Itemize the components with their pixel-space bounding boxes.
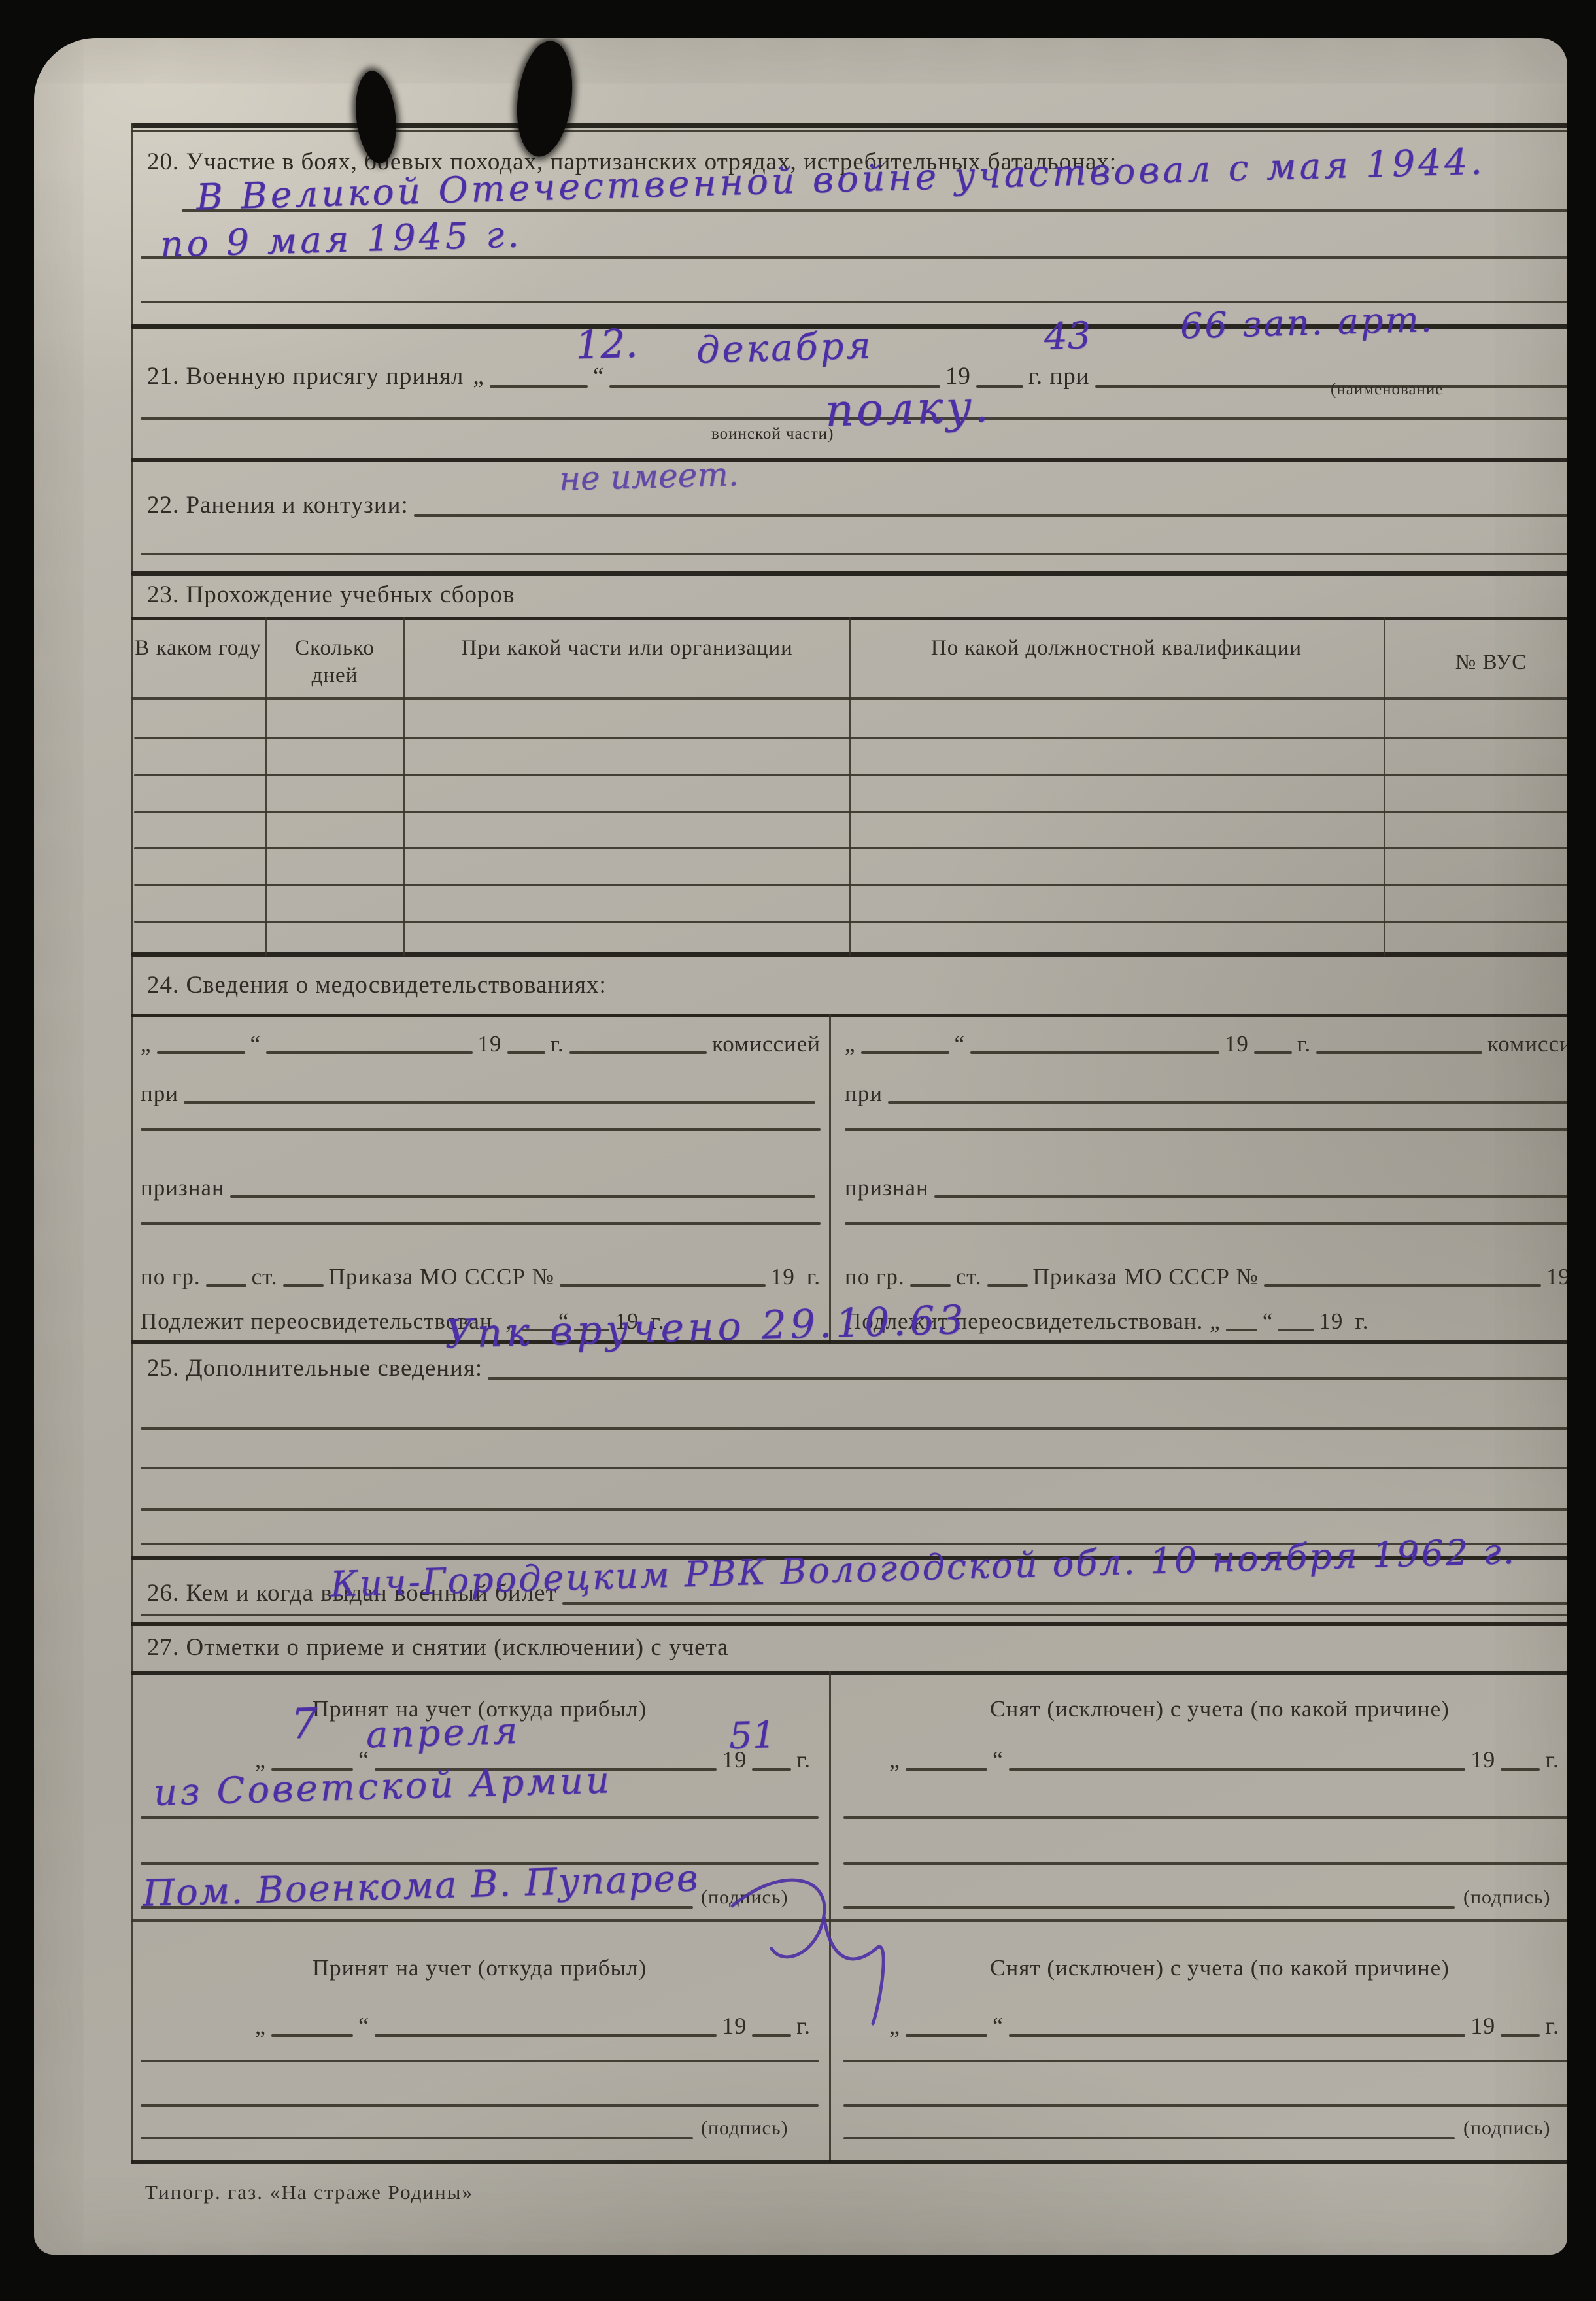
pri-label: при [845, 1081, 883, 1110]
med-pri-line: при [141, 1081, 821, 1110]
close-quote: “ [955, 1031, 966, 1061]
blank-line [206, 1284, 246, 1287]
year-prefix: 19 [1470, 1746, 1495, 1777]
close-quote: “ [250, 1031, 262, 1061]
table-col-divider [265, 617, 267, 956]
blank-line [141, 1128, 821, 1131]
ruled-line [141, 1614, 1567, 1616]
ruled-line [141, 553, 1567, 555]
med-blank-line [141, 1222, 821, 1231]
med-order-line: по гр. ст. Приказа МО СССР № 19 г. [141, 1264, 821, 1293]
blank-line [283, 1284, 324, 1287]
section25-label: 25. Дополнительные сведения: [147, 1354, 483, 1386]
section21-hw-unit: 66 зап. арт. [1180, 299, 1434, 347]
blank-line [141, 1222, 821, 1225]
printing-house-imprint: Типогр. газ. «На страже Родины» [145, 2181, 473, 2204]
blank-line [934, 1195, 1567, 1198]
po-gr-label: по гр. [845, 1264, 905, 1293]
med-date-line: „ “ 19 г. комиссией [141, 1031, 821, 1061]
year-suffix: г. [1545, 1746, 1559, 1777]
accepted-hw-year: 51 [728, 1714, 776, 1758]
blank-line [888, 1101, 1567, 1104]
open-quote: „ [141, 1031, 152, 1061]
med-blank-line [845, 1222, 1567, 1231]
section21-hw-unit-2: полку. [824, 381, 992, 437]
section24-column-divider [829, 1014, 831, 1344]
removed-date-line: „ “ 19 г. [889, 1745, 1559, 1777]
blank-line [1226, 1329, 1257, 1331]
blank-line [271, 2034, 353, 2037]
table-row-line [134, 884, 1567, 886]
year-suffix: г. [551, 1031, 564, 1061]
year-suffix: г. [1545, 2012, 1559, 2043]
blank-line [1501, 2034, 1540, 2037]
year-suffix: г. [1297, 1031, 1311, 1061]
med-date-line: „ “ 19 г. комиссией [845, 1031, 1567, 1061]
ruled-line [141, 1467, 1567, 1469]
blank-line [752, 1768, 791, 1771]
section21-label: 21. Военную присягу принял [147, 362, 464, 394]
section27-label: 27. Отметки о приеме и снятии (исключени… [147, 1633, 729, 1662]
blank-line [970, 1051, 1219, 1054]
signature-line [843, 1906, 1455, 1909]
table-row-line [134, 811, 1567, 813]
blank-line [1316, 1051, 1482, 1054]
section-divider [131, 1671, 1567, 1675]
blank-line [562, 1602, 1567, 1605]
open-quote: „ [473, 362, 484, 394]
open-quote: „ [1210, 1308, 1221, 1338]
close-quote: “ [993, 2012, 1004, 2043]
blank-line [1254, 1051, 1292, 1054]
year-suffix: г. [1355, 1308, 1368, 1338]
med-pri-line: при [845, 1081, 1567, 1110]
signature-caption: (подпись) [1463, 2117, 1551, 2139]
ruled-line [843, 2104, 1567, 2107]
blank-line [845, 1128, 1567, 1131]
accepted-hw-month: апреля [365, 1710, 520, 1757]
form-bottom-border [131, 2160, 1567, 2164]
punch-hole [511, 38, 578, 160]
scanned-military-id-page: 20. Участие в боях, боевых походах, парт… [0, 0, 1596, 2301]
year-prefix: 19 [1470, 2012, 1495, 2043]
blank-line [266, 1051, 472, 1054]
table-row-line [134, 847, 1567, 849]
blank-line [507, 1051, 545, 1054]
blank-line [560, 1284, 766, 1287]
year-prefix: 19 [771, 1264, 795, 1293]
blank-line [1009, 1768, 1465, 1771]
accepted-hw-origin: из Советской Армии [153, 1759, 613, 1815]
commission-label: комиссией [712, 1031, 821, 1061]
open-quote: „ [255, 2012, 266, 2043]
section21-hw-day: 12. [575, 321, 638, 369]
section24-label: 24. Сведения о медосвидетельствованиях: [147, 971, 607, 999]
form-left-border [131, 123, 133, 2164]
year-suffix: г. [807, 1264, 821, 1293]
med-priznan-line: признан [845, 1175, 1567, 1204]
form-top-border-inner [131, 130, 1567, 132]
commission-label: комиссией [1487, 1031, 1567, 1061]
signature-flourish [726, 1870, 935, 2040]
removed-date-line: „ “ 19 г. [889, 2011, 1559, 2043]
year-prefix: 19 [1319, 1308, 1343, 1338]
table-col-header-qualification: По какой должностной квалификации [853, 634, 1380, 662]
section-divider [131, 1622, 1567, 1626]
blank-line [861, 1051, 949, 1054]
table-row-line [134, 921, 1567, 923]
close-quote: “ [993, 1746, 1004, 1777]
prikaz-label: Приказа МО СССР № [1033, 1264, 1259, 1293]
section25-line: 25. Дополнительные сведения: [147, 1352, 1567, 1386]
blank-line [375, 2034, 717, 2037]
blank-line [490, 385, 588, 388]
ruled-line [843, 1816, 1567, 1819]
table-col-header-days: Сколько дней [269, 634, 400, 689]
table-col-header-unit: При какой части или организации [409, 634, 845, 662]
signature-caption: (подпись) [701, 2117, 789, 2139]
blank-line [987, 1284, 1028, 1287]
ruled-line [141, 2060, 819, 2062]
blank-line [1264, 1284, 1541, 1287]
table-row-line [134, 737, 1567, 739]
prikaz-label: Приказа МО СССР № [329, 1264, 554, 1293]
section-divider [131, 1014, 1567, 1017]
year-prefix: 19 [1225, 1031, 1249, 1061]
signature-line [843, 2137, 1455, 2139]
table-col-divider [849, 617, 851, 956]
med-order-line: по гр. ст. Приказа МО СССР № 19 г. [845, 1264, 1567, 1293]
ruled-line [843, 1862, 1567, 1865]
close-quote: “ [1263, 1308, 1274, 1338]
removed-header: Снят (исключен) с учета (по какой причин… [843, 1954, 1567, 1983]
blank-line [569, 1051, 707, 1054]
accepted-hw-day: 7 [290, 1699, 318, 1748]
signature-line [141, 2137, 693, 2139]
open-quote: „ [845, 1031, 856, 1061]
section-divider [131, 571, 1567, 576]
ruled-line [141, 2104, 819, 2107]
pri-label: при [141, 1081, 178, 1110]
table-col-header-vus: № ВУС [1386, 649, 1567, 676]
table-col-divider [403, 617, 405, 956]
blank-line [910, 1284, 951, 1287]
med-priznan-line: признан [141, 1175, 821, 1204]
paper-sheet: 20. Участие в боях, боевых походах, парт… [34, 38, 1567, 2255]
section22-label: 22. Ранения и контузии: [147, 491, 409, 523]
ruled-line [843, 2060, 1567, 2062]
blank-line [157, 1051, 245, 1054]
blank-line [230, 1195, 815, 1198]
section21-note-1: (наименование [1331, 381, 1443, 399]
blank-line [488, 1377, 1567, 1380]
table-row-line [134, 774, 1567, 776]
blank-line [1278, 1329, 1314, 1331]
med-blank-line [141, 1128, 821, 1137]
section-divider [131, 458, 1567, 462]
section21-hw-month: декабря [696, 324, 874, 372]
table-col-divider [1384, 617, 1385, 956]
ruled-line [141, 1427, 1567, 1430]
blank-line [1009, 2034, 1465, 2037]
section23-label: 23. Прохождение учебных сборов [147, 581, 515, 609]
blank-line [184, 1101, 815, 1104]
ruled-line [141, 1508, 1567, 1511]
section22-handwriting: не имеет. [558, 455, 739, 498]
signature-caption: (подпись) [1463, 1886, 1551, 1909]
st-label: ст. [252, 1264, 278, 1293]
section21-hw-year: 43 [1044, 315, 1091, 358]
med-blank-line [845, 1128, 1567, 1137]
blank-line [906, 1768, 987, 1771]
form-top-border [131, 123, 1567, 128]
blank-line [1501, 1768, 1540, 1771]
table-col-header-year: В каком году [134, 634, 262, 662]
blank-line [414, 514, 1567, 517]
open-quote: „ [889, 1746, 900, 1777]
close-quote: “ [358, 2012, 369, 2043]
priznan-label: признан [845, 1175, 929, 1204]
po-gr-label: по гр. [141, 1264, 201, 1293]
year-prefix: 19 [1546, 1264, 1567, 1293]
removed-header: Снят (исключен) с учета (по какой причин… [843, 1695, 1567, 1724]
priznan-label: признан [141, 1175, 225, 1204]
st-label: ст. [956, 1264, 982, 1293]
ruled-line [141, 1816, 819, 1819]
blank-line [845, 1222, 1567, 1225]
section21-year-suffix: г. при [1028, 362, 1090, 394]
year-prefix: 19 [478, 1031, 502, 1061]
year-suffix: г. [796, 1746, 811, 1777]
section21-note-2: воинской части) [711, 425, 834, 443]
section22-line: 22. Ранения и контузии: [147, 489, 1567, 523]
accepted-header: Принят на учет (откуда прибыл) [141, 1954, 819, 1983]
